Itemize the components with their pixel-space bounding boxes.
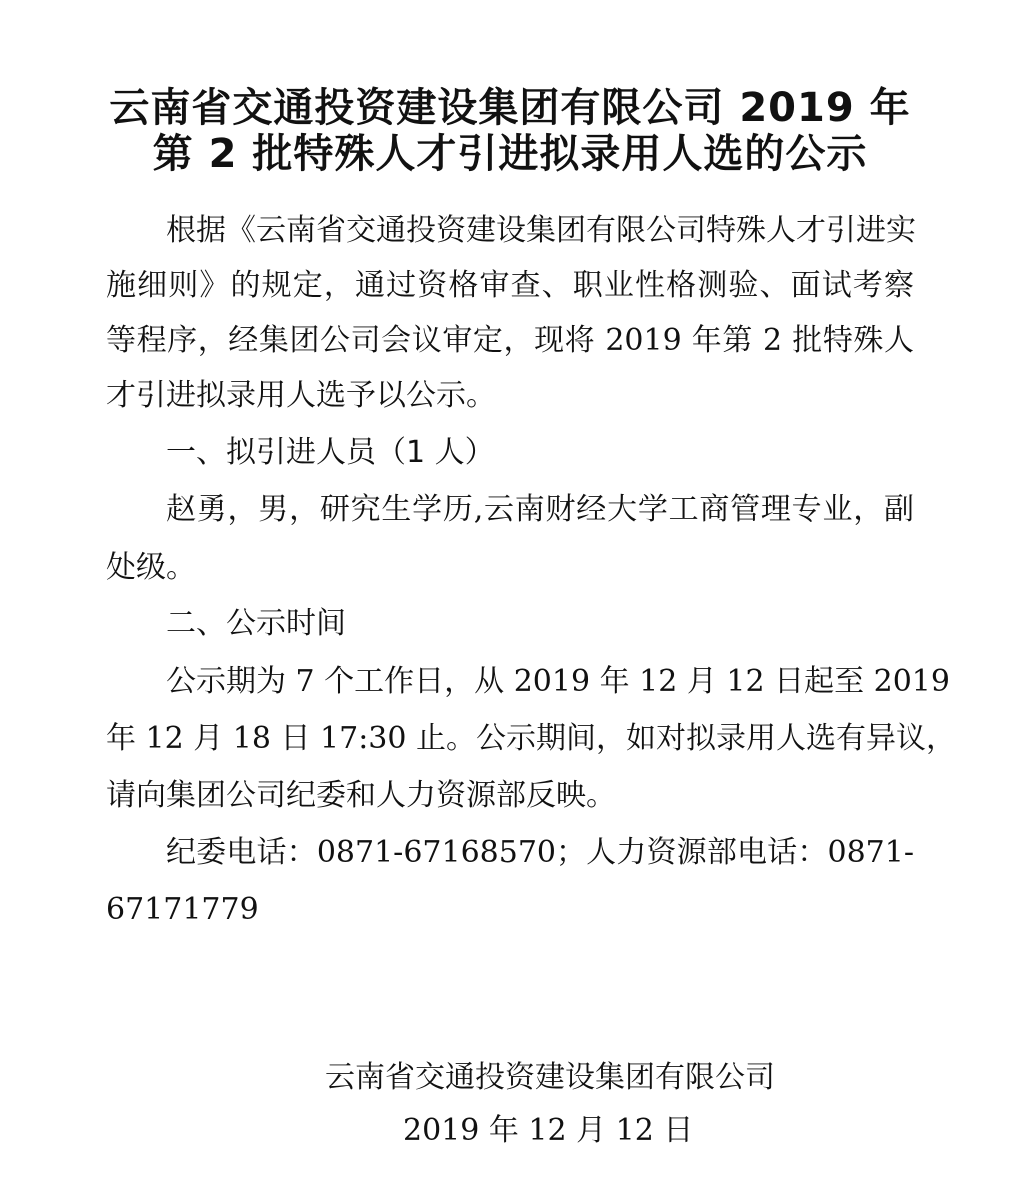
section-1-heading: 一、拟引进人员（1 人） bbox=[166, 434, 495, 472]
section-2-line-2: 年 12 月 18 日 17:30 止。公示期间，如对拟录用人选有异议， bbox=[106, 720, 914, 758]
intro-paragraph-line-1: 根据《云南省交通投资建设集团有限公司特殊人才引进实 bbox=[166, 212, 914, 250]
contact-phone-line-1: 纪委电话：0871-67168570；人力资源部电话：0871- bbox=[166, 834, 914, 872]
document-page: 云南省交通投资建设集团有限公司 2019 年 第 2 批特殊人才引进拟录用人选的… bbox=[0, 0, 1024, 1202]
contact-phone-line-2: 67171779 bbox=[106, 891, 914, 929]
document-title-line-1: 云南省交通投资建设集团有限公司 2019 年 bbox=[100, 82, 920, 134]
section-2-heading: 二、公示时间 bbox=[166, 605, 346, 643]
section-1-line-2: 处级。 bbox=[106, 549, 914, 587]
intro-paragraph-line-2: 施细则》的规定，通过资格审查、职业性格测验、面试考察 bbox=[106, 267, 914, 305]
section-2-line-1: 公示期为 7 个工作日，从 2019 年 12 月 12 日起至 2019 bbox=[166, 663, 914, 701]
intro-paragraph-line-3: 等程序，经集团公司会议审定，现将 2019 年第 2 批特殊人 bbox=[106, 322, 914, 360]
signature-organization: 云南省交通投资建设集团有限公司 bbox=[325, 1059, 775, 1097]
intro-paragraph-line-4: 才引进拟录用人选予以公示。 bbox=[106, 377, 914, 415]
signature-date: 2019 年 12 月 12 日 bbox=[403, 1112, 693, 1150]
section-1-line-1: 赵勇，男，研究生学历,云南财经大学工商管理专业，副 bbox=[166, 491, 914, 529]
document-title-line-2: 第 2 批特殊人才引进拟录用人选的公示 bbox=[100, 128, 920, 180]
section-2-line-3: 请向集团公司纪委和人力资源部反映。 bbox=[106, 777, 914, 815]
